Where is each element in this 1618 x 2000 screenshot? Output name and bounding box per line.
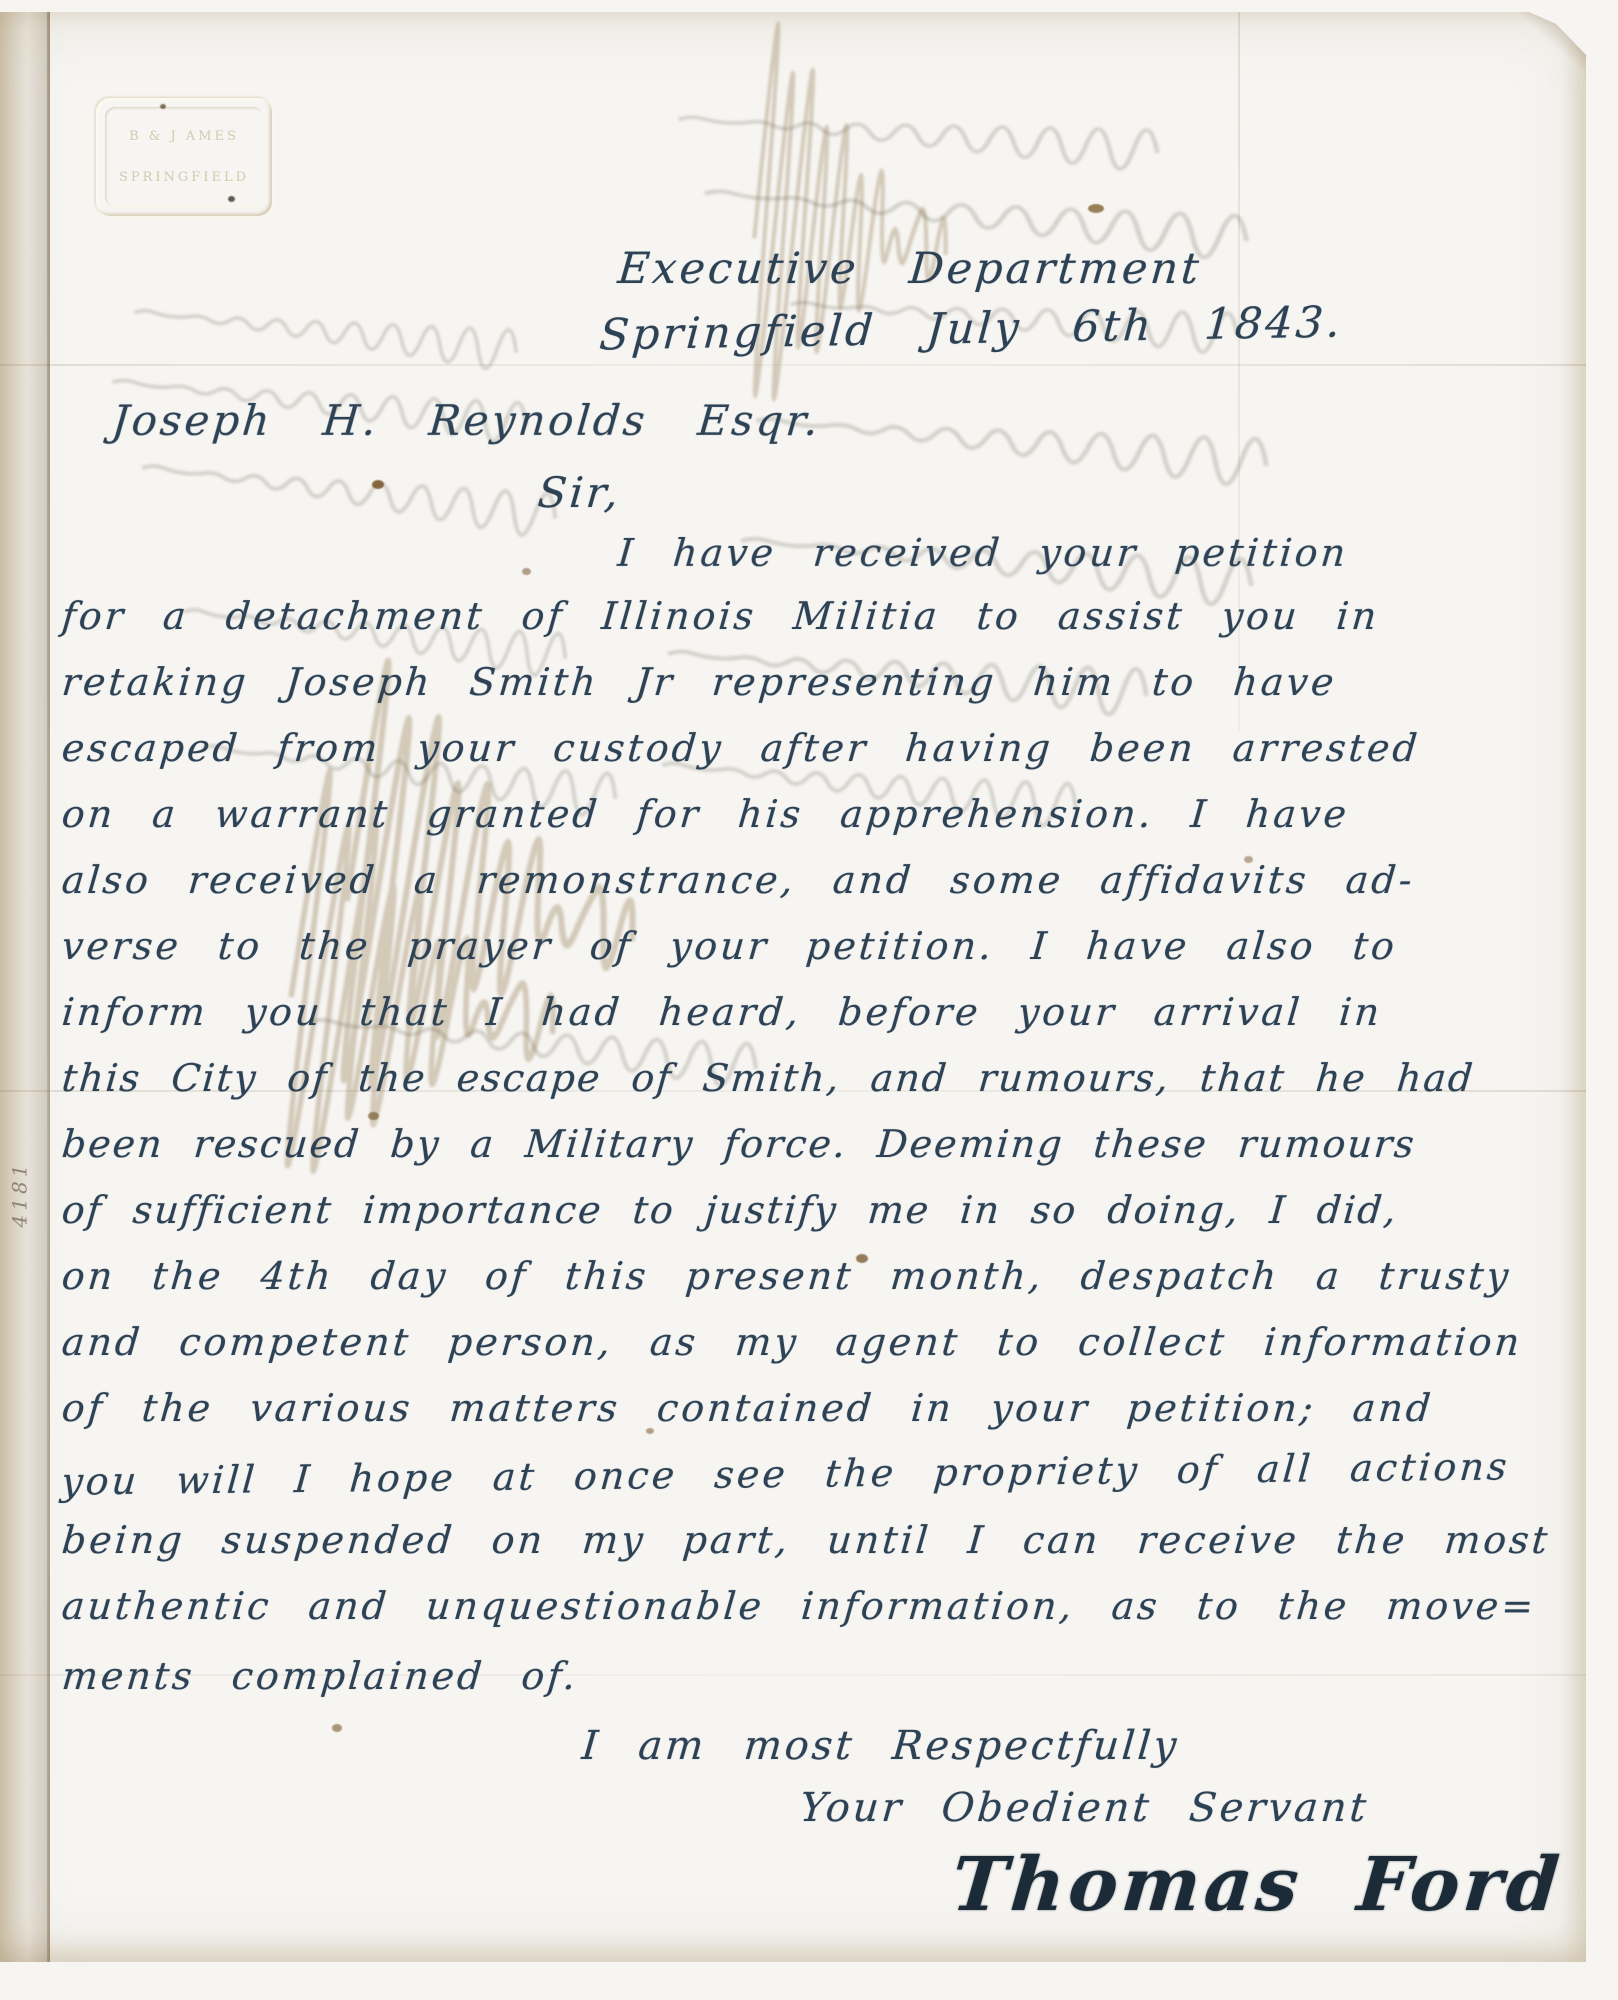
salutation: Sir, bbox=[536, 472, 623, 514]
ink-spot bbox=[368, 1112, 379, 1120]
body-line: being suspended on my part, until I can … bbox=[60, 1521, 1552, 1559]
body-line: been rescued by a Military force. Deemin… bbox=[60, 1125, 1417, 1163]
body-line: of sufficient importance to justify me i… bbox=[60, 1191, 1399, 1229]
recipient-line: Joseph H. Reynolds Esqr. bbox=[110, 400, 823, 442]
letter-paper: B & J AMES SPRINGFIELD bbox=[0, 12, 1586, 1962]
header-department: Executive Department bbox=[616, 248, 1203, 291]
scanned-letter-page: B & J AMES SPRINGFIELD bbox=[0, 0, 1618, 2000]
body-line: on the 4th day of this present month, de… bbox=[60, 1257, 1512, 1295]
body-line: I have received your petition bbox=[616, 534, 1350, 572]
edge-notation: 4181 bbox=[7, 1161, 31, 1228]
ink-spot bbox=[372, 480, 384, 489]
body-line: verse to the prayer of your petition. I … bbox=[60, 927, 1398, 965]
body-line: also received a remonstrance, and some a… bbox=[60, 861, 1416, 899]
vertical-crease bbox=[47, 12, 50, 1962]
body-line: inform you that I had heard, before your… bbox=[60, 993, 1383, 1031]
body-line: and competent person, as my agent to col… bbox=[60, 1323, 1524, 1361]
embossed-paper-stamp: B & J AMES SPRINGFIELD bbox=[96, 98, 272, 216]
stamp-maker-text: B & J AMES bbox=[129, 129, 239, 144]
body-line: authentic and unquestionable information… bbox=[60, 1587, 1538, 1625]
ink-spot bbox=[332, 1724, 342, 1732]
body-line: this City of the escape of Smith, and ru… bbox=[60, 1059, 1476, 1097]
closing-line-2: Your Obedient Servant bbox=[798, 1788, 1370, 1828]
body-line: you will I hope at once see the propriet… bbox=[60, 1447, 1511, 1500]
closing-line-1: I am most Respectfully bbox=[580, 1726, 1181, 1766]
ink-spot bbox=[522, 568, 531, 575]
body-line: ments complained of. bbox=[60, 1657, 580, 1695]
signature: Thomas Ford bbox=[949, 1848, 1566, 1922]
ink-spot bbox=[228, 196, 235, 202]
ink-spot bbox=[160, 104, 166, 109]
stamp-place-text: SPRINGFIELD bbox=[119, 170, 249, 185]
body-line: for a detachment of Illinois Militia to … bbox=[60, 597, 1381, 635]
body-line: on a warrant granted for his apprehensio… bbox=[60, 795, 1350, 833]
dog-ear-fold bbox=[1506, 0, 1604, 88]
horizontal-crease-1 bbox=[0, 364, 1586, 366]
ink-spot bbox=[1088, 204, 1104, 213]
body-line: escaped from your custody after having b… bbox=[60, 729, 1421, 767]
left-fold-shading bbox=[0, 12, 50, 1962]
body-line: of the various matters contained in your… bbox=[60, 1389, 1435, 1427]
body-line: retaking Joseph Smith Jr representing hi… bbox=[60, 663, 1338, 701]
header-dateline: Springfield July 6th 1843. bbox=[598, 302, 1344, 358]
